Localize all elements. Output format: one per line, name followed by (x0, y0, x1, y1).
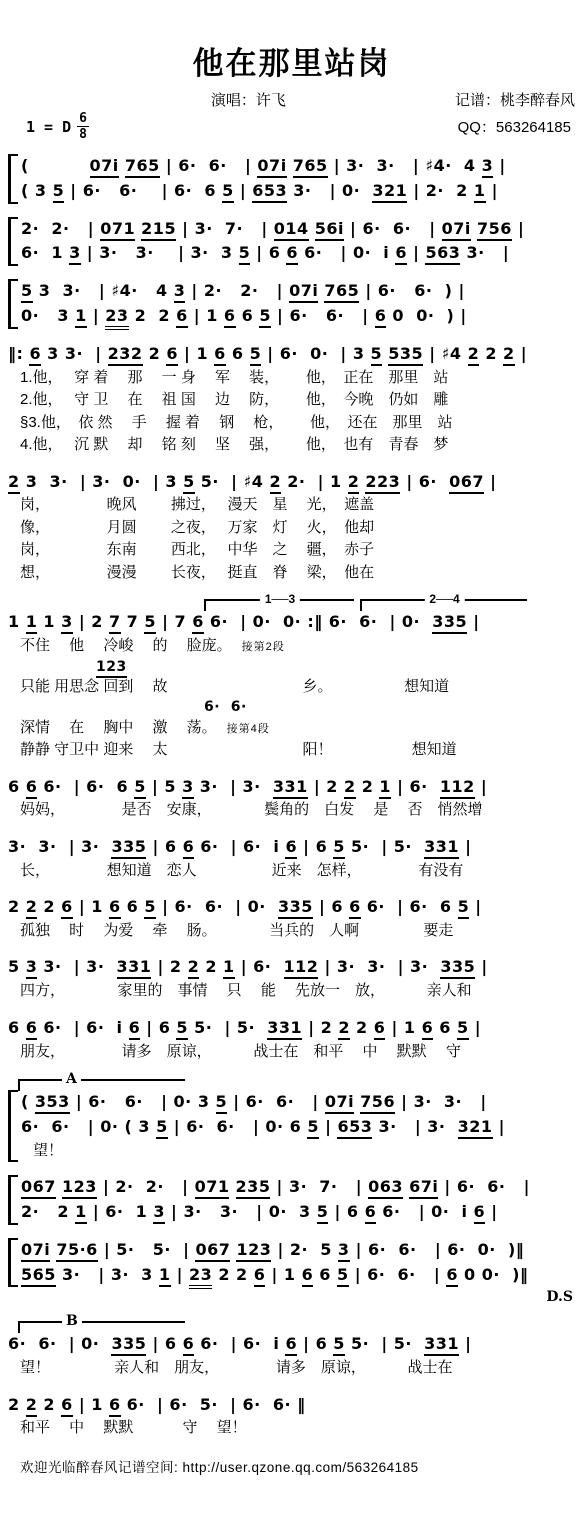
notation-line: ( 07i 765 | 6· 6· | 07i 765 | 3· 3· | ♯4… (21, 154, 575, 179)
key-signature: 1 = D 6 8 (26, 112, 89, 141)
notation-line: 5 3 3· | 3· 331 | 2 2 2 1 | 6· 112 | 3· … (8, 955, 575, 980)
vocal-system-3: 2 2 2 6 | 1 6 6 5 | 6· 6· | 0· 335 | 6 6… (8, 895, 575, 942)
vocal-system-1: 6 6 6· | 6· 6 5 | 5 3 3· | 3· 331 | 2 2 … (8, 775, 575, 822)
lyric-line: §3.他， 依 然 手 握 着 钢 枪， 他， 还在 那里 站 (20, 412, 575, 435)
rehearsal-row: B (8, 1318, 575, 1332)
lyric-text: 深情 在 胸中 激 荡。 (20, 719, 217, 736)
lyric-line: 望！ (33, 1140, 575, 1163)
qq-number: QQ：563264185 (458, 116, 571, 137)
notation-line: 2 2 2 6 | 1 6 6· | 6· 5· | 6· 6· ‖ (8, 1393, 575, 1418)
notation-line: 5 3 3· | ♯4· 4 3 | 2· 2· | 07i 765 | 6· … (21, 279, 575, 304)
system-brace (8, 217, 18, 267)
volta-bracket-1-3: 1──3 (204, 599, 354, 611)
song-title: 他在那里站岗 (8, 38, 575, 83)
lyric-line: 不住 他 冷峻 的 脸庞。接第2段 (20, 635, 575, 658)
jump-note: 接第4段 (227, 723, 270, 735)
lyric-line: 4.他， 沉 默 却 铭 刻 坚 强， 他， 也有 青春 梦 (20, 434, 575, 457)
system-brace (8, 1175, 18, 1225)
rehearsal-bracket-b: B (18, 1321, 185, 1333)
meta-row: 1 = D 6 8 QQ：563264185 (8, 112, 575, 141)
rehearsal-label: A (62, 1071, 81, 1087)
notation-line: 1 1 1 3 | 2 7 7 5 | 7 6 6· | 0· 0· :‖ 6·… (8, 610, 575, 635)
time-denominator: 8 (79, 127, 87, 141)
notation-line: 2 2 2 6 | 1 6 6 5 | 6· 6· | 0· 335 | 6 6… (8, 895, 575, 920)
lyric-line: 深情 在 胸中 激 荡。接第4段 (20, 717, 575, 740)
key-label: 1 = D (26, 118, 71, 136)
lyric-line: 只能 用思念 回到 故 乡。 想知道 (20, 676, 575, 699)
notation-line: 2· 2 1 | 6· 1 3 | 3· 3· | 0· 3 5 | 6 6 6… (21, 1200, 575, 1225)
lyric-line: 岗， 东南 西北， 中华 之 疆， 赤子 (20, 539, 575, 562)
notation-line: 07i 75·6 | 5· 5· | 067 123 | 2· 5 3 | 6·… (21, 1238, 575, 1263)
verse-system-1: ‖: 6 3 3· | 232 2 6 | 1 6 6 5 | 6· 0· | … (8, 342, 575, 457)
vocal-system-4: 5 3 3· | 3· 331 | 2 2 2 1 | 6· 112 | 3· … (8, 955, 575, 1002)
lyric-line: 像， 月圆 之夜， 万家 灯 火， 他却 (20, 517, 575, 540)
interlude-system-3: 07i 75·6 | 5· 5· | 067 123 | 2· 5 3 | 6·… (8, 1238, 575, 1306)
notation-line: ( 353 | 6· 6· | 0· 3 5 | 6· 6· | 07i 756… (21, 1090, 575, 1115)
jump-note: 接第2段 (242, 641, 285, 653)
lyric-line: 静静 守卫中 迎来 太 阳！ 想知道 (20, 739, 575, 762)
time-signature: 6 8 (77, 112, 89, 141)
notation-line: 565 3· | 3· 3 1 | 23 2 2 6 | 1 6 6 5 | 6… (21, 1263, 575, 1288)
lyric-text: 不住 他 冷峻 的 脸庞。 (20, 637, 232, 654)
volta-label: 1──3 (260, 592, 300, 606)
system-brace (8, 279, 18, 329)
inline-notation: 123 (96, 658, 575, 676)
lyric-line: 望！ 亲人和 朋友， 请多 原谅， 战士在 (20, 1357, 575, 1380)
lyric-line: 孤独 时 为爱 牵 肠。 当兵的 人啊 要走 (20, 920, 575, 943)
vocal-system-5: 6 6 6· | 6· i 6 | 6 5 5· | 5· 331 | 2 2 … (8, 1016, 575, 1063)
verse-system-3: 1──3 2──4 1 1 1 3 | 2 7 7 5 | 7 6 6· | 0… (8, 597, 575, 761)
notation-line: 6 6 6· | 6· i 6 | 6 5 5· | 5· 331 | 2 2 … (8, 1016, 575, 1041)
notation-line: 6· 6· | 0· 335 | 6 6 6· | 6· i 6 | 6 5 5… (8, 1332, 575, 1357)
credits-row: 演唱：许飞 记谱：桃李醉春风 (8, 89, 575, 110)
verse-system-2: 2 3 3· | 3· 0· | 3 5 5· | ♯4 2 2· | 1 2 … (8, 470, 575, 585)
interlude-system-2: 067 123 | 2· 2· | 071 235 | 3· 7· | 063 … (8, 1175, 575, 1225)
lyric-line: 和平 中 默默 守 望！ (20, 1417, 575, 1440)
lyric-line: 1.他， 穿 着 那 一 身 军 装， 他， 正在 那里 站 (20, 367, 575, 390)
notation-line: ‖: 6 3 3· | 232 2 6 | 1 6 6 5 | 6· 0· | … (8, 342, 575, 367)
notation-line: 6· 6· | 0· ( 3 5 | 6· 6· | 0· 6 5 | 653 … (21, 1115, 575, 1140)
notation-line: ( 3 5 | 6· 6· | 6· 6 5 | 653 3· | 0· 321… (21, 179, 575, 204)
lyric-line: 岗， 晚风 拂过， 漫天 星 光， 遮盖 (20, 494, 575, 517)
rehearsal-bracket-a: A (18, 1079, 185, 1091)
notation-line: 2 3 3· | 3· 0· | 3 5 5· | ♯4 2 2· | 1 2 … (8, 470, 575, 495)
volta-row: 1──3 2──4 (8, 597, 575, 610)
intro-system-1: ( 07i 765 | 6· 6· | 07i 765 | 3· 3· | ♯4… (8, 154, 575, 204)
volta-bracket-2-4: 2──4 (360, 599, 527, 611)
footer-url-text: 欢迎光临醉春风记谱空间: http://user.qzone.qq.com/56… (20, 1456, 575, 1476)
notation-line: 067 123 | 2· 2· | 071 235 | 3· 7· | 063 … (21, 1175, 575, 1200)
rehearsal-row: A (8, 1076, 575, 1090)
system-brace (8, 1238, 18, 1288)
volta-label: 2──4 (424, 592, 464, 606)
performer-credit: 演唱：许飞 (211, 89, 286, 110)
transcriber-credit: 记谱：桃李醉春风 (455, 89, 575, 110)
final-system: 2 2 2 6 | 1 6 6· | 6· 5· | 6· 6· ‖ 和平 中 … (8, 1393, 575, 1440)
notation-line: 6 6 6· | 6· 6 5 | 5 3 3· | 3· 331 | 2 2 … (8, 775, 575, 800)
time-numerator: 6 (77, 112, 89, 127)
interlude-system-a: A ( 353 | 6· 6· | 0· 3 5 | 6· 6· | 07i 7… (8, 1076, 575, 1162)
notation-line: 6· 1 3 | 3· 3· | 3· 3 5 | 6 6 6· | 0· i … (21, 241, 575, 266)
lyric-line: 四方， 家里的 事情 只 能 先放一 放， 亲人和 (20, 980, 575, 1003)
coda-system-b: B 6· 6· | 0· 335 | 6 6 6· | 6· i 6 | 6 5… (8, 1318, 575, 1379)
notation-line: 2· 2· | 071 215 | 3· 7· | 014 56i | 6· 6… (21, 217, 575, 242)
sheet-music-page: 他在那里站岗 演唱：许飞 记谱：桃李醉春风 1 = D 6 8 QQ：56326… (0, 0, 583, 1476)
lyric-line: 长， 想知道 恋人 近来 怎样， 有没有 (20, 860, 575, 883)
system-brace (8, 154, 18, 204)
lyric-line: 想， 漫漫 长夜， 挺直 脊 梁， 他在 (20, 562, 575, 585)
rehearsal-label: B (62, 1313, 82, 1329)
notation-line: 0· 3 1 | 23 2 2 6 | 1 6 6 5 | 6· 6· | 6 … (21, 304, 575, 329)
intro-system-3: 5 3 3· | ♯4· 4 3 | 2· 2· | 07i 765 | 6· … (8, 279, 575, 329)
vocal-system-2: 3· 3· | 3· 335 | 6 6 6· | 6· i 6 | 6 5 5… (8, 835, 575, 882)
lyric-line: 2.他， 守 卫 在 祖 国 边 防， 他， 今晚 仍如 雕 (20, 389, 575, 412)
dal-segno-mark: D.S (8, 1289, 573, 1305)
lyric-line: 妈妈， 是否 安康， 鬓角的 白发 是 否 悄然增 (20, 799, 575, 822)
lyric-line: 朋友， 请多 原谅， 战士在 和平 中 默默 守 (20, 1041, 575, 1064)
notation-line: 3· 3· | 3· 335 | 6 6 6· | 6· i 6 | 6 5 5… (8, 835, 575, 860)
system-brace (8, 1090, 18, 1162)
intro-system-2: 2· 2· | 071 215 | 3· 7· | 014 56i | 6· 6… (8, 217, 575, 267)
inline-notation: 6· 6· (204, 698, 575, 716)
